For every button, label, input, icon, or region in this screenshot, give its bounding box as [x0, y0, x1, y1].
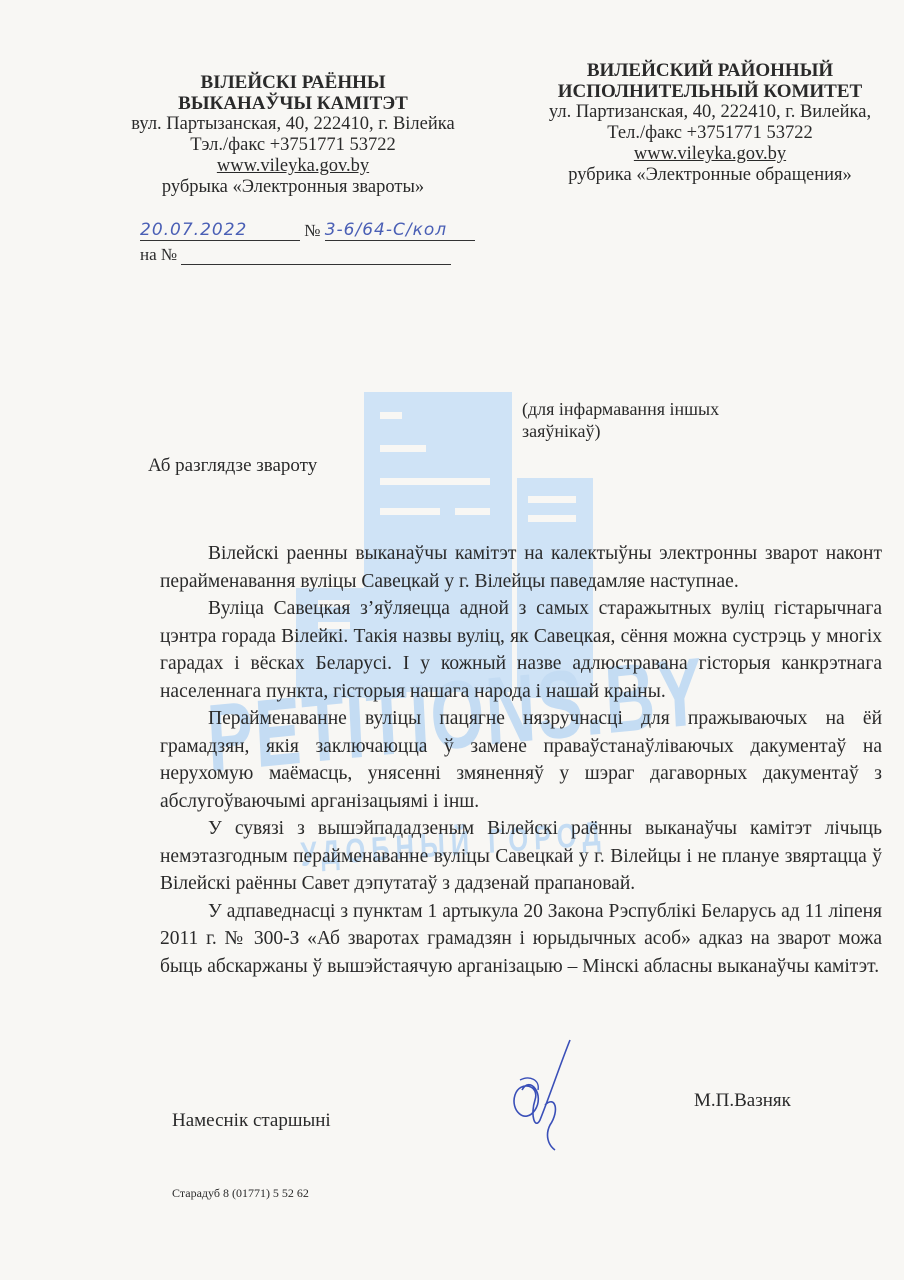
org-website-link[interactable]: www.vileyka.gov.by — [525, 144, 895, 165]
body-paragraph: Вуліца Савецкая з’яўляецца адной з самых… — [160, 595, 882, 705]
letter-body: Вілейскі раенны выканаўчы камітэт на кал… — [160, 540, 882, 980]
org-rubric: рубрыка «Электронныя звароты» — [108, 177, 478, 198]
signatory-position: Намеснік старшыні — [172, 1110, 331, 1132]
org-title-line1: ВИЛЕЙСКИЙ РАЙОННЫЙ — [525, 60, 895, 81]
outgoing-number: 3-6/64-С/кол — [325, 220, 475, 241]
org-address: вул. Партызанская, 40, 222410, г. Вілейк… — [108, 114, 478, 135]
org-phone: Тэл./факс +3751771 53722 — [108, 135, 478, 156]
registration-block: 20.07.2022 № 3-6/64-С/кол на № — [140, 220, 475, 265]
letterhead-russian: ВИЛЕЙСКИЙ РАЙОННЫЙ ИСПОЛНИТЕЛЬНЫЙ КОМИТЕ… — [525, 60, 895, 186]
reference-label: на № — [140, 245, 177, 264]
distribution-note: (для інфармавання іншых заяўнікаў) — [522, 398, 802, 442]
number-label: № — [304, 221, 320, 240]
body-paragraph: У адпаведнасці з пунктам 1 артыкула 20 З… — [160, 898, 882, 981]
document-page: PETITIONS.BY УДОБНЫЙ ГОРОД ВІЛЕЙСКІ РАЁН… — [0, 0, 904, 1280]
org-rubric: рубрика «Электронные обращения» — [525, 165, 895, 186]
signatory-name: М.П.Вазняк — [694, 1090, 791, 1112]
letterhead-belarusian: ВІЛЕЙСКІ РАЁННЫ ВЫКАНАЎЧЫ КАМІТЭТ вул. П… — [108, 72, 478, 198]
org-title-line2: ВЫКАНАЎЧЫ КАМІТЭТ — [108, 93, 478, 114]
org-phone: Тел./факс +3751771 53722 — [525, 123, 895, 144]
body-paragraph: Вілейскі раенны выканаўчы камітэт на кал… — [160, 540, 882, 595]
outgoing-date: 20.07.2022 — [140, 220, 300, 241]
org-title-line1: ВІЛЕЙСКІ РАЁННЫ — [108, 72, 478, 93]
body-paragraph: У сувязі з вышэйпададзеным Вілейскі раён… — [160, 815, 882, 898]
org-address: ул. Партизанская, 40, 222410, г. Вилейка… — [525, 102, 895, 123]
reference-number-blank — [181, 248, 451, 265]
letter-subject: Аб разглядзе звароту — [148, 455, 317, 477]
handwritten-signature-icon — [500, 1035, 590, 1160]
org-website-link[interactable]: www.vileyka.gov.by — [108, 156, 478, 177]
executor-contact: Старадуб 8 (01771) 5 52 62 — [172, 1186, 309, 1201]
body-paragraph: Перайменаванне вуліцы пацягне нязручнасц… — [160, 705, 882, 815]
org-title-line2: ИСПОЛНИТЕЛЬНЫЙ КОМИТЕТ — [525, 81, 895, 102]
